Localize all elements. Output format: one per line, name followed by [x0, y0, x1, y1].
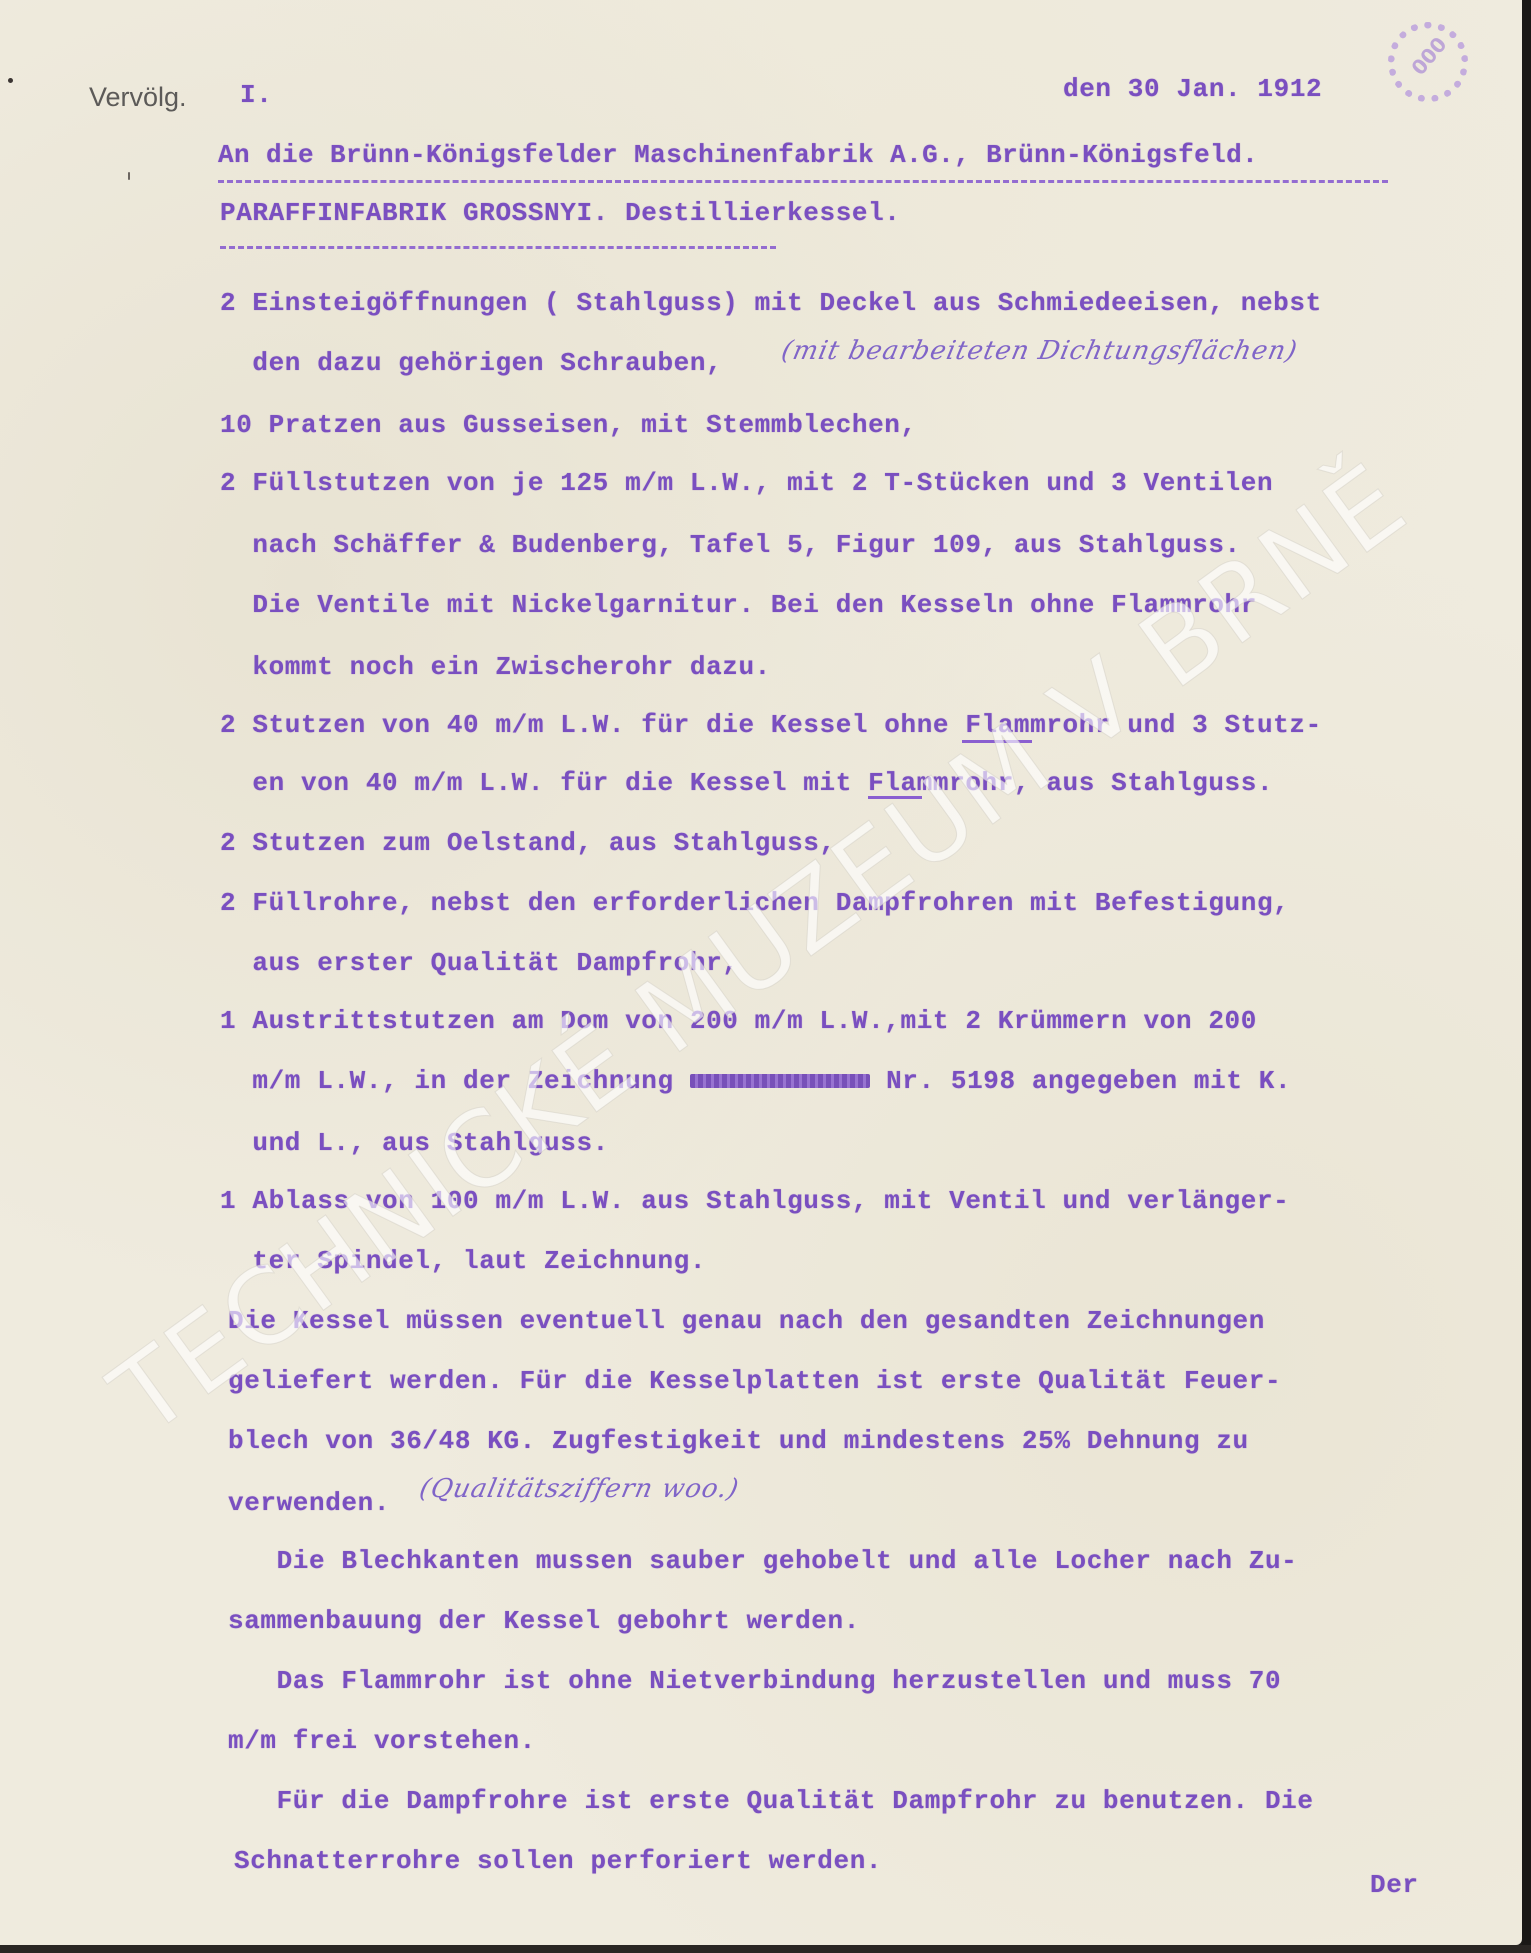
- item-line-2: den dazu gehörigen Schrauben,: [220, 348, 722, 378]
- item-line-8: 2 Stutzen von 40 m/m L.W. für die Kessel…: [220, 710, 1322, 740]
- item-line-6: Die Ventile mit Nickelgarnitur. Bei den …: [220, 590, 1257, 620]
- item-line-7: kommt noch ein Zwischerohr dazu.: [220, 652, 771, 682]
- scan-border-bottom: [0, 1945, 1531, 1953]
- body-line-10: Schnatterrohre sollen perforiert werden.: [234, 1846, 882, 1876]
- item-line-13: 1 Austrittstutzen am Dom von 200 m/m L.W…: [220, 1006, 1257, 1036]
- item-line-10: 2 Stutzen zum Oelstand, aus Stahlguss,: [220, 828, 836, 858]
- item-line-9: en von 40 m/m L.W. für die Kessel mit Fl…: [220, 768, 1273, 798]
- body-line-8: m/m frei vorstehen.: [228, 1726, 536, 1756]
- underline-mit: [868, 796, 922, 799]
- body-line-6: sammenbauung der Kessel gebohrt werden.: [228, 1606, 860, 1636]
- item-line-1: 2 Einsteigöffnungen ( Stahlguss) mit Dec…: [220, 288, 1322, 318]
- item-line-3: 10 Pratzen aus Gusseisen, mit Stemmblech…: [220, 410, 917, 440]
- item-line-14-before: m/m L.W., in der Zeichnung: [220, 1066, 690, 1096]
- item-line-5: nach Schäffer & Budenberg, Tafel 5, Figu…: [220, 530, 1241, 560]
- ink-speck: [8, 78, 13, 83]
- catchword: Der: [1370, 1870, 1419, 1900]
- body-line-1: Die Kessel müssen eventuell genau nach d…: [228, 1306, 1265, 1336]
- item-line-16: 1 Ablass von 100 m/m L.W. aus Stahlguss,…: [220, 1186, 1289, 1216]
- body-line-4: verwenden.: [228, 1488, 390, 1518]
- page-number: I.: [240, 80, 272, 110]
- addressee-line: An die Brünn-Königsfelder Maschinenfabri…: [218, 140, 1258, 170]
- handwritten-note-2: (Qualitätsziffern woo.): [417, 1474, 742, 1504]
- continuation-stamp: Vervölg.: [89, 82, 187, 113]
- body-line-5: Die Blechkanten mussen sauber gehobelt u…: [228, 1546, 1297, 1576]
- subject-rule: [220, 246, 776, 249]
- item-line-14-after: Nr. 5198 angegeben mit K.: [870, 1066, 1291, 1096]
- subject-line: PARAFFINFABRIK GROSSNYI. Destillierkesse…: [220, 198, 901, 228]
- handwritten-note-1: (mit bearbeiteten Dichtungsflächen): [779, 336, 1301, 366]
- body-line-2: geliefert werden. Für die Kesselplatten …: [228, 1366, 1281, 1396]
- item-line-12: aus erster Qualität Dampfrohr,: [220, 948, 738, 978]
- underline-ohne: [962, 740, 1032, 743]
- body-line-3: blech von 36/48 KG. Zugfestigkeit und mi…: [228, 1426, 1249, 1456]
- item-line-15: und L., aus Stahlguss.: [220, 1128, 609, 1158]
- scan-border-right: [1522, 0, 1531, 1953]
- body-line-7: Das Flammrohr ist ohne Nietverbindung he…: [228, 1666, 1281, 1696]
- document-page: 000 Vervölg. I. den 30 Jan. 1912 An die …: [0, 0, 1522, 1945]
- item-line-14: m/m L.W., in der Zeichnung Nr. 5198 ange…: [220, 1066, 1291, 1096]
- item-line-4: 2 Füllstutzen von je 125 m/m L.W., mit 2…: [220, 468, 1273, 498]
- letter-date: den 30 Jan. 1912: [1063, 74, 1322, 104]
- body-line-9: Für die Dampfrohre ist erste Qualität Da…: [228, 1786, 1314, 1816]
- struck-out-word: [690, 1074, 870, 1088]
- item-line-11: 2 Füllrohre, nebst den erforderlichen Da…: [220, 888, 1289, 918]
- ink-speck: [128, 172, 130, 180]
- item-line-17: ter Spindel, laut Zeichnung.: [220, 1246, 706, 1276]
- addressee-rule: [218, 180, 1388, 183]
